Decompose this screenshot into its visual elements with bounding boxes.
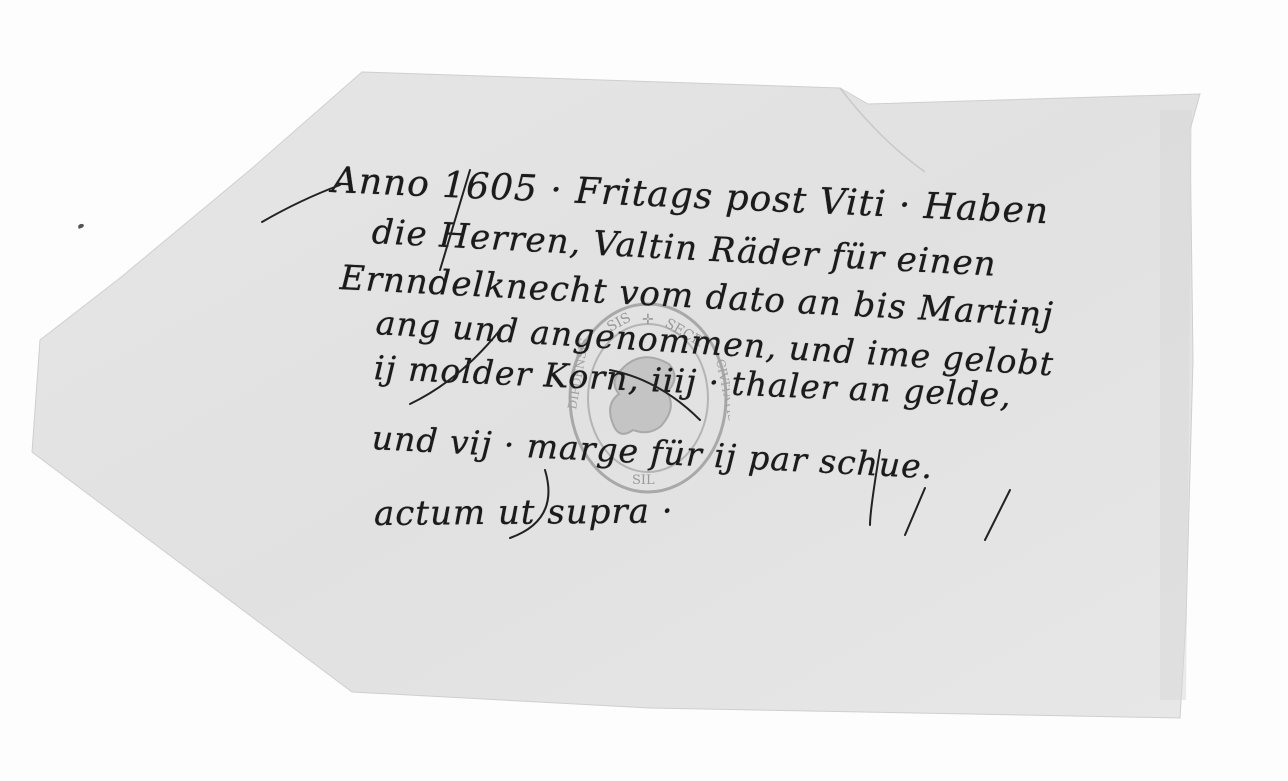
manuscript-line-7: actum ut supra · <box>374 491 674 534</box>
svg-text:SIL: SIL <box>632 473 655 488</box>
scanned-document: SIS ✛ SECR SIL DIPDENSIS CIVITATIS Anno … <box>0 0 1288 781</box>
